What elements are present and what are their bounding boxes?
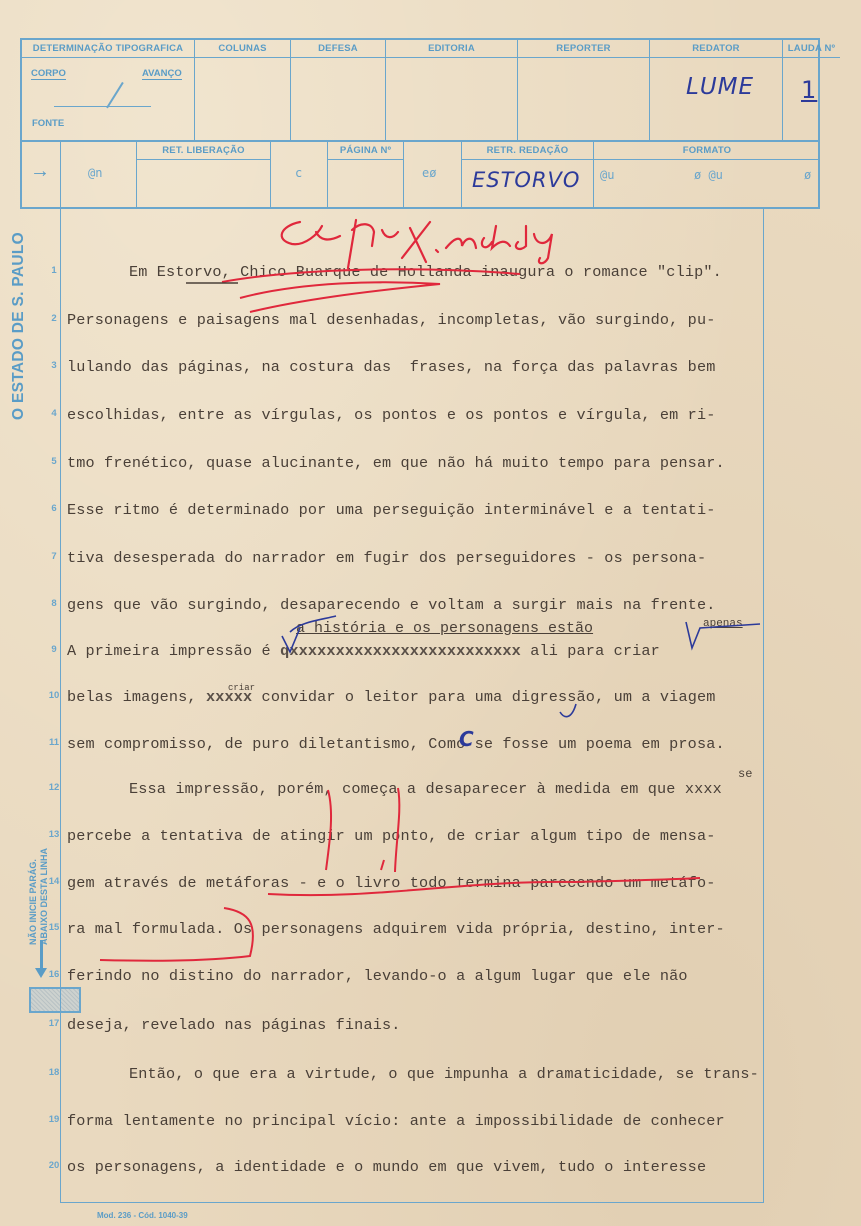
code-c: c (295, 166, 302, 180)
line-number: 17 (44, 1018, 64, 1029)
label-avanco: AVANÇO (142, 68, 182, 80)
cell-pagina: PÁGINA Nº (328, 142, 404, 208)
line-number: 10 (44, 690, 64, 701)
typed-line-15: ra mal formulada. Os personagens adquire… (67, 920, 725, 938)
newspaper-brand-vertical: O ESTADO DE S. PAULO (10, 232, 28, 420)
label-ret-liberacao: RET. LIBERAÇÃO (137, 142, 270, 160)
typed-line-11: sem compromisso, de puro diletantismo, C… (67, 735, 725, 753)
cell-ret-liberacao: RET. LIBERAÇÃO (137, 142, 271, 208)
cell-defesa: DEFESA (291, 40, 386, 141)
typed-line-19: forma lentamente no principal vício: ant… (67, 1112, 725, 1130)
typed-line-3: lulando das páginas, na costura das fras… (67, 358, 715, 376)
typed-insert-criar: criar (228, 683, 255, 693)
cell-reporter: REPORTER (518, 40, 650, 141)
label-defesa: DEFESA (291, 40, 385, 58)
redator-value: LUME (686, 74, 754, 100)
typed-line-10-pre: belas imagens, (67, 688, 206, 706)
cell-redator: REDATOR LUME (650, 40, 783, 141)
cell-determinacao-tipografica: DETERMINAÇÃO TIPOGRAFICA CORPO AVANÇO FO… (22, 40, 195, 141)
cell-lauda: LAUDA Nº 1 (783, 40, 840, 141)
label-lauda: LAUDA Nº (783, 40, 840, 58)
form-model-code: Mod. 236 - Cód. 1040-39 (97, 1211, 188, 1220)
line-number: 1 (44, 265, 64, 276)
cell-code-c: c (271, 142, 328, 208)
typed-line-2: Personagens e paisagens mal desenhadas, … (67, 311, 715, 329)
cell-code-an: @n (61, 142, 137, 208)
line-number: 7 (44, 551, 64, 562)
line-number: 12 (44, 782, 64, 793)
typed-insert-line9: a história e os personagens estão (296, 620, 593, 637)
typed-line-1: Em Estorvo, Chico Buarque de Hollanda in… (67, 263, 722, 281)
line-number: 5 (44, 456, 64, 467)
label-reporter: REPORTER (518, 40, 649, 58)
line-number: 19 (44, 1114, 64, 1125)
line-number: 11 (44, 737, 64, 748)
header-form-table: DETERMINAÇÃO TIPOGRAFICA CORPO AVANÇO FO… (20, 38, 820, 209)
cell-colunas: COLUNAS (195, 40, 291, 141)
formato-code-1: @u (600, 168, 614, 182)
typed-line-6: Esse ritmo é determinado por uma persegu… (67, 501, 715, 519)
line-number: 18 (44, 1067, 64, 1078)
line-number: 20 (44, 1160, 64, 1171)
label-fonte: FONTE (32, 118, 64, 129)
paragraph-warning-line1: NÃO INICIE PARÁG. (28, 848, 39, 945)
line-number: 15 (44, 922, 64, 933)
typed-line-18: Então, o que era a virtude, o que impunh… (67, 1065, 759, 1083)
corpo-avanco-divider (54, 106, 151, 107)
typed-line-7: tiva desesperada do narrador em fugir do… (67, 549, 706, 567)
typed-insert-apenas: apenas (703, 618, 743, 630)
formato-code-2: ø @u (694, 168, 723, 182)
typed-line-20: os personagens, a identidade e o mundo e… (67, 1158, 706, 1176)
label-corpo: CORPO (31, 68, 66, 80)
line-number: 14 (44, 876, 64, 887)
code-an: @n (88, 166, 102, 180)
cell-arrow: → (22, 142, 61, 208)
slash-mark (106, 82, 123, 108)
arrow-down-icon (40, 940, 43, 970)
line-number: 8 (44, 598, 64, 609)
line-number: 9 (44, 644, 64, 655)
typed-line-9-struck: qxxxxxxxxxxxxxxxxxxxxxxxxx (280, 642, 521, 660)
retr-redacao-value: ESTORVO (472, 168, 580, 192)
typed-line-9: A primeira impressão é qxxxxxxxxxxxxxxxx… (67, 642, 660, 660)
lauda-value: 1 (801, 76, 817, 104)
typed-line-4: escolhidas, entre as vírgulas, os pontos… (67, 406, 715, 424)
typed-insert-se: se (738, 767, 752, 781)
line-number: 16 (44, 969, 64, 980)
typed-line-10-post: convidar o leitor para uma digressão, um… (252, 688, 715, 706)
typed-line-14: gem através de metáforas - e o livro tod… (67, 874, 715, 892)
label-retr-redacao: RETR. REDAÇÃO (462, 142, 593, 160)
label-colunas: COLUNAS (195, 40, 290, 58)
formato-code-3: ø (804, 168, 811, 182)
typed-line-5: tmo frenético, quase alucinante, em que … (67, 454, 725, 472)
typed-line-9-pre: A primeira impressão é (67, 642, 280, 660)
label-determinacao-tipografica: DETERMINAÇÃO TIPOGRAFICA (22, 40, 194, 58)
line-number: 13 (44, 829, 64, 840)
label-redator: REDATOR (650, 40, 782, 58)
typed-line-10: belas imagens, xxxxx convidar o leitor p… (67, 688, 716, 706)
typed-line-16: ferindo no distino do narrador, levando-… (67, 967, 688, 985)
cell-editoria: EDITORIA (386, 40, 518, 141)
arrow-right-icon: → (30, 160, 50, 183)
line-number: 6 (44, 503, 64, 514)
typed-line-17: deseja, revelado nas páginas finais. (67, 1016, 401, 1034)
typed-line-8: gens que vão surgindo, desaparecendo e v… (67, 596, 715, 614)
cell-formato: FORMATO @u ø @u ø (594, 142, 820, 208)
cell-retr-redacao: RETR. REDAÇÃO ESTORVO (462, 142, 594, 208)
line-number: 2 (44, 313, 64, 324)
label-formato: FORMATO (594, 142, 820, 160)
line-number: 4 (44, 408, 64, 419)
typed-line-13: percebe a tentativa de atingir um ponto,… (67, 827, 715, 845)
code-eo: eø (422, 166, 436, 180)
label-editoria: EDITORIA (386, 40, 517, 58)
typed-line-9-post: ali para criar (521, 642, 660, 660)
typed-line-12: Essa impressão, porém, começa a desapare… (67, 780, 722, 798)
line-number: 3 (44, 360, 64, 371)
blue-pen-correction-c: C (459, 727, 475, 751)
label-pagina: PÁGINA Nº (328, 142, 403, 160)
cell-code-eo: eø (404, 142, 462, 208)
